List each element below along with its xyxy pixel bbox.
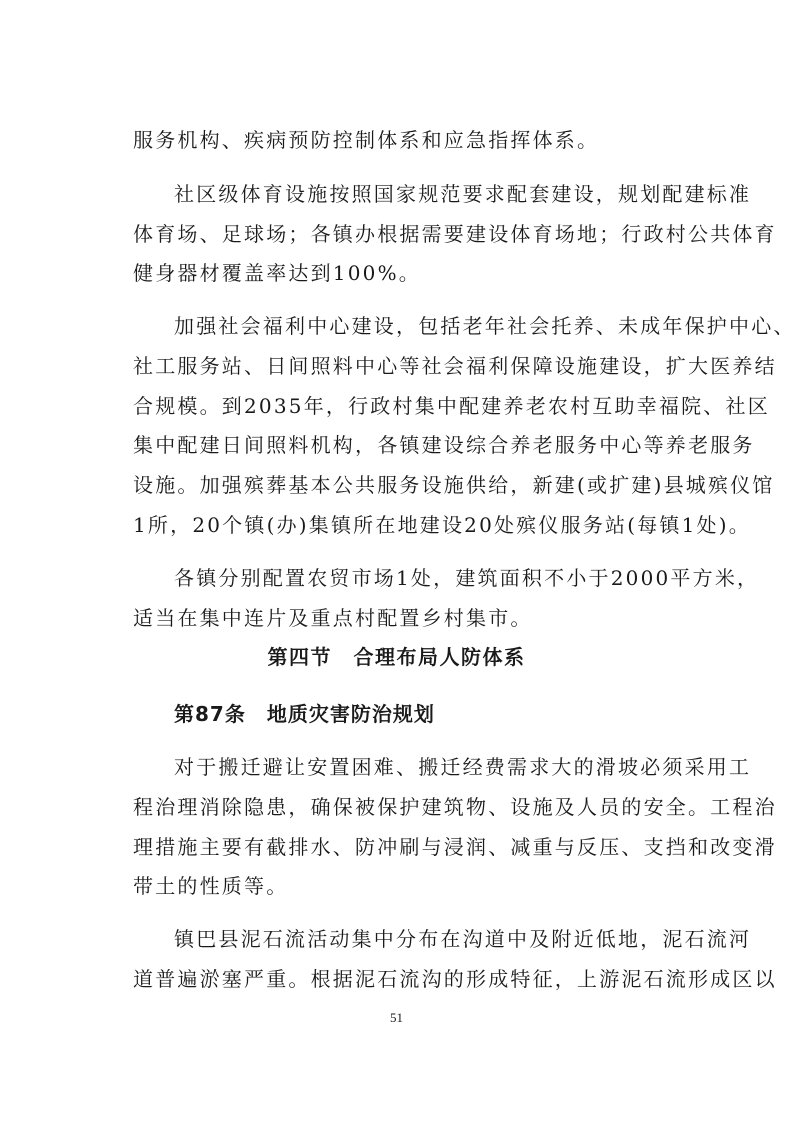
section-heading: 第四节 合理布局人防体系 xyxy=(0,645,793,669)
page-number: 51 xyxy=(0,1010,793,1026)
paragraph-line: 各镇分别配置农贸市场1处，建筑面积不小于2000平方米， xyxy=(174,566,714,590)
paragraph-line: 合规模。到2035年，行政村集中配建养老农村互助幸福院、社区 xyxy=(133,394,673,418)
paragraph-line: 道普遍淤塞严重。根据泥石流沟的形成特征，上游泥石流形成区以 xyxy=(133,967,673,991)
paragraph-line: 社工服务站、日间照料中心等社会福利保障设施建设，扩大医养结 xyxy=(133,354,673,378)
paragraph-line: 理措施主要有截排水、防冲刷与浸润、减重与反压、支挡和改变滑 xyxy=(133,835,673,859)
paragraph-line: 服务机构、疾病预防控制体系和应急指挥体系。 xyxy=(133,128,673,152)
paragraph-line: 程治理消除隐患，确保被保护建筑物、设施及人员的安全。工程治 xyxy=(133,795,673,819)
paragraph-line: 体育场、足球场；各镇办根据需要建设体育场地；行政村公共体育 xyxy=(133,222,673,246)
document-page: 服务机构、疾病预防控制体系和应急指挥体系。 社区级体育设施按照国家规范要求配套建… xyxy=(0,0,793,1122)
paragraph-line: 集中配建日间照料机构，各镇建设综合养老服务中心等养老服务 xyxy=(133,433,673,457)
paragraph-line: 1所，20个镇(办)集镇所在地建设20处殡仪服务站(每镇1处)。 xyxy=(133,513,673,537)
paragraph-line: 加强社会福利中心建设，包括老年社会托养、未成年保护中心、 xyxy=(174,314,714,338)
paragraph-line: 设施。加强殡葬基本公共服务设施供给，新建(或扩建)县城殡仪馆 xyxy=(133,473,673,497)
paragraph-line: 健身器材覆盖率达到100%。 xyxy=(133,261,673,285)
paragraph-line: 镇巴县泥石流活动集中分布在沟道中及附近低地，泥石流河 xyxy=(174,927,714,951)
paragraph-line: 对于搬迁避让安置困难、搬迁经费需求大的滑坡必须采用工 xyxy=(174,755,714,779)
paragraph-line: 社区级体育设施按照国家规范要求配套建设，规划配建标准 xyxy=(174,182,714,206)
paragraph-line: 适当在集中连片及重点村配置乡村集市。 xyxy=(133,606,673,630)
article-heading: 第87条 地质灾害防治规划 xyxy=(174,702,435,726)
paragraph-line: 带土的性质等。 xyxy=(133,874,673,898)
